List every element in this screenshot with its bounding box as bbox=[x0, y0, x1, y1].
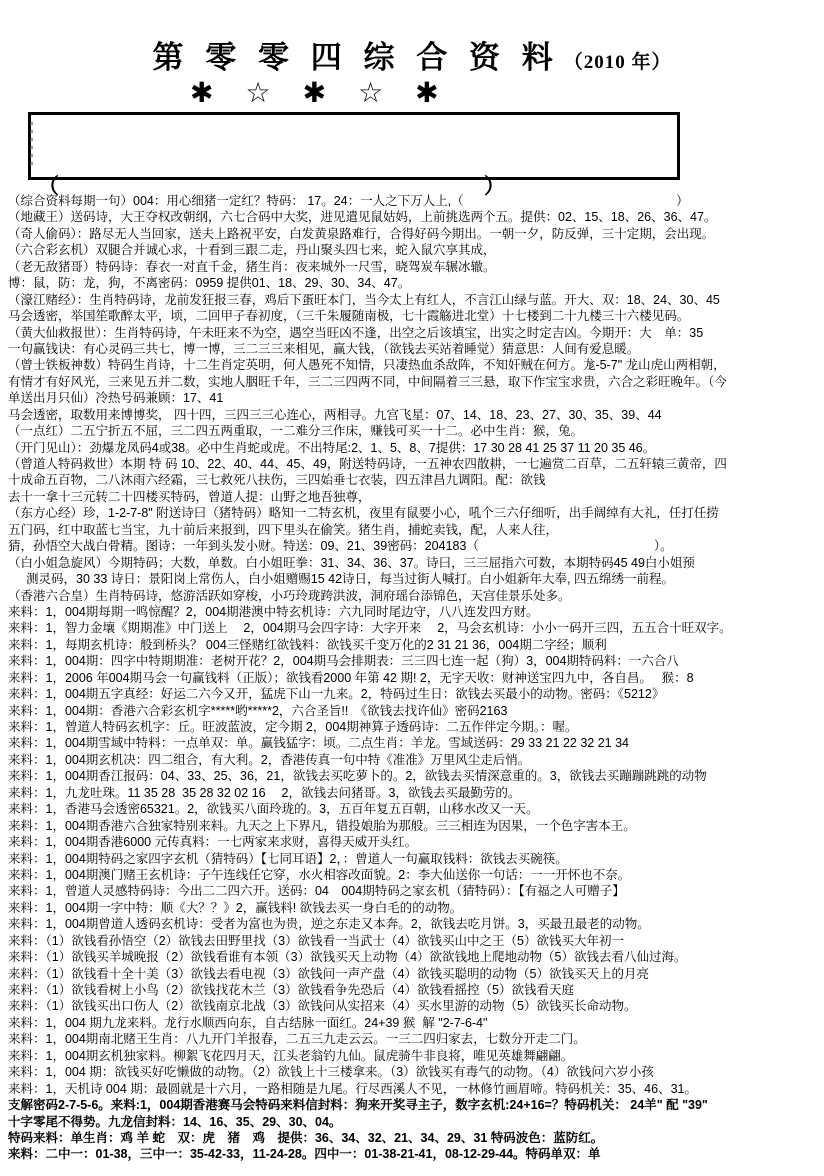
text-line: （曾道人特码救世）本期 特 码 10、22、40、44、45、49，附送特码诗，… bbox=[8, 456, 822, 472]
text-line: 五门码，红中取蓝七当宝，九十前后来报到，四下里头在偷笑。猪生肖，捕蛇卖钱，配，人… bbox=[8, 522, 822, 538]
text-line: 支解密码2-7-5-6。来料:1，004期香港赛马会特码来料信封料：狗来开奖寻主… bbox=[8, 1097, 822, 1113]
page: 第 零 零 四 综 合 资 料 （2010 年） ✱☆✱☆✱ （ ） （综合资料… bbox=[0, 0, 824, 1176]
box-scan-artifact bbox=[30, 122, 33, 166]
text-line: 来料：1，曾道人灵感特码诗：今出二二四六开。送码：04 004期特码之家玄机（猜… bbox=[8, 883, 822, 899]
text-line: （六合彩玄机）双腿合并诚心求，十看到三跟二走，丹山聚头四七来，蛇入鼠穴享其成， bbox=[8, 242, 822, 258]
text-line: 来料：1，004 期：欲钱买好吃懒做的动物。（2）欲钱上十三楼拿来。（3）欲钱买… bbox=[8, 1064, 822, 1080]
text-line: 来料：（1）欲钱看孙悟空（2）欲钱去田野里找（3）欲钱看一当武士（4）欲钱买山中… bbox=[8, 933, 822, 949]
text-line: 一句赢钱诀：有心灵码三共七，博一博，三二三三来相见，赢大钱，（欲钱去买站着睡觉）… bbox=[8, 341, 822, 357]
text-line: （东方心经）珍，1-2-7-8" 附送诗曰（猪特码）略知一二特玄机，夜里有鼠要小… bbox=[8, 505, 822, 521]
text-line: （一点红）二五宁折五不屈，三二四五两重取，一二难分三作床，赚钱可买一十二。必中生… bbox=[8, 423, 822, 439]
text-line: 单送出月只仙）冷热号码兼顾：17、41 bbox=[8, 390, 822, 406]
blank-box bbox=[28, 112, 680, 180]
text-line: 特码来料：单生肖：鸡 羊 蛇 双：虎 猪 鸡 提供：36、34、32、21、34… bbox=[8, 1130, 822, 1146]
text-line: 来料：（1）欲钱买羊城晚报（2）欲钱看谁有本领（3）欲钱买天上动物（4）欲欲钱地… bbox=[8, 949, 822, 965]
text-line: 来料：1，004期：四字中特期期准：老树开花？2，004期马会排期表：三三四七连… bbox=[8, 653, 822, 669]
text-line: 十成命五百物，二八沐雨六经霜，三七救死八扶伤，三四始垂七衣装，四五津昌九调阳。配… bbox=[8, 472, 822, 488]
text-line: （白小姐急旋风）今期特码；大数，单数。白小姐旺拳：31、34、36、37。诗曰，… bbox=[8, 555, 822, 571]
text-line: （老无敌猪哥）特码诗：春衣一对直千金，猪生肖：夜来城外一尺雪，晓驾炭车辗冰辙。 bbox=[8, 259, 822, 275]
content-lines: （综合资料每期一句）004：用心细猪一定红？特码： 17。24：一人之下万人上,… bbox=[8, 193, 822, 1163]
text-line: 来料：1，香港马会透密65321。2，欲钱买八面玲珑的。3，五百年复五百朝，山移… bbox=[8, 801, 822, 817]
text-line: 来料：1，004期：香港六合彩玄机字*****哟*****2，六合圣旨!! 《欲… bbox=[8, 703, 822, 719]
text-line: 来料：1，智力金壤《期期准》中门送上 2，004期马会四字诗：大字开来 2，马会… bbox=[8, 620, 822, 636]
text-line: 来料：1，004 期九龙来料。龙行水顺西向东，自古结脉一面红。24+39 猴 解… bbox=[8, 1015, 822, 1031]
text-line: 十字零尾不得势。九龙信封料：14、16、35、29、30、04。 bbox=[8, 1114, 822, 1130]
text-line: 来料：二中一：01-38，三中一：35-42-33，11-24-28。四中一：0… bbox=[8, 1146, 822, 1162]
text-line: 来料：1，004期曾道人透码玄机诗：受者为富也为贵，逆之东走又本奔。2，欲钱去吃… bbox=[8, 916, 822, 932]
text-line: 来料：（1）欲钱看十全十美（3）欲钱去看电视（3）欲钱问一声产盘（4）欲钱买聪明… bbox=[8, 966, 822, 982]
text-line: 来料：1，004期玄机决：四二组合，有大利。2，香港传真一句中特《准准》万里风尘… bbox=[8, 752, 822, 768]
text-line: 测灵码，30 33 诗日：景阳岗上常伤人，白小姐赠赐15 42诗日，每当过街人喊… bbox=[8, 571, 822, 587]
text-line: 来料：1，004期南北赌王生肖：八九开门羊报春，二五三九走云云。一三二四归家去，… bbox=[8, 1031, 822, 1047]
text-line: 博：鼠，防：龙，狗，不离密码：0959 提供01、18、29、30、34、47。 bbox=[8, 275, 822, 291]
text-line: 来料：1，每期玄机诗：般到桥头？ 004三怪赌红欲钱料：欲钱买千变万化的2 31… bbox=[8, 637, 822, 653]
text-line: （黄大仙救报世）：生肖特码诗，午未旺来不为空，遇空当旺凶不逢，出空之后该填宝，出… bbox=[8, 325, 822, 341]
text-line: 来料：1，九龙吐珠。11 35 28 35 28 32 02 16 2，欲钱去问… bbox=[8, 785, 822, 801]
text-line: 来料：1，004期香江报码：04、33、25、36，21，欲钱去买吃萝卜的。2，… bbox=[8, 768, 822, 784]
text-line: （濠江赌经）：生肖特码诗，龙前发狂报三春，鸡后下蛋旺本门，当今太上有红人，不言江… bbox=[8, 292, 822, 308]
text-line: （曾士铁板神数）特码生肖诗，十二生肖定英明，何人愚死不知情，只凄热血杀敌阵，不知… bbox=[8, 357, 822, 373]
text-line: 去十一拿十三元转二十四楼买特码，曾道人提：山野之地吾独尊， bbox=[8, 489, 822, 505]
star-icon: ☆ bbox=[358, 78, 383, 109]
text-line: 来料：1，004期玄机独家料。柳絮飞花四月天，江头老翁钓九仙。鼠虎骑牛非良将，唯… bbox=[8, 1048, 822, 1064]
star-icon: ✱ bbox=[303, 78, 326, 109]
text-line: 来料：（1）欲钱看树上小鸟（2）欲钱找花木兰（3）欲钱看争先恐后（4）欲钱看摇控… bbox=[8, 982, 822, 998]
text-line: 来料：1，曾道人特码玄机字：丘。旺波蓝波，定今期 2，004期神算子透码诗：二五… bbox=[8, 719, 822, 735]
text-line: 马会透密，举国笙歌醉太平，顷，二回甲子春初度，（三千朱履随南极，七十霞觞进北堂）… bbox=[8, 308, 822, 324]
title-text: 第 零 零 四 综 合 资 料 bbox=[152, 40, 559, 75]
star-icon: ✱ bbox=[190, 78, 213, 109]
text-line: 来料：1，天机诗 004 期：最圆就是十六月，一路相随是九尾。行尽西溪人不见，一… bbox=[8, 1081, 822, 1097]
text-line: 有情才有好风光，三来见五并二数，实地人胭旺千年，三二三四两不同，中间隔着三三悬，… bbox=[8, 374, 822, 390]
text-line: （开门见山）：劲爆龙凤码4或38。必中生肖蛇或虎。不出特尾:2、1、5、8、7提… bbox=[8, 440, 822, 456]
text-line: 猜，孙悟空大战白骨精。图诗：一年到头发小财。特送：09、21、39密码：2041… bbox=[8, 538, 822, 554]
page-title: 第 零 零 四 综 合 资 料 （2010 年） bbox=[0, 32, 824, 77]
text-line: 来料：1，004期一字中特：顺《大？？》2，赢钱料! 欲钱去买一身白毛的的动物。 bbox=[8, 900, 822, 916]
stars-row: ✱☆✱☆✱ bbox=[190, 78, 439, 109]
text-line: 马会透密，取数用来博博奖， 四十四，三四三三心连心，两相寻。九宫飞星：07、14… bbox=[8, 407, 822, 423]
text-line: 来料：（1）欲钱买出口伤人（2）欲钱南京北战（3）欲钱问从实招来（4）买水里游的… bbox=[8, 998, 822, 1014]
text-line: 来料：1，004期澳门赌王玄机诗：子午连线任它穿，水火相容改面貌。2：李大仙送你… bbox=[8, 867, 822, 883]
text-line: 来料：1，004期特码之家四字玄机（猜特码）【七同耳语】2，：曾道人一句赢取钱料… bbox=[8, 851, 822, 867]
text-line: （奇人偷码）：路尽无人当回家，送夫上路祝平安，白发黄泉路难行，合得好码今期出。一… bbox=[8, 226, 822, 242]
text-line: 来料：1，004期五字真经：好运二六今又开，猛虎下山一九来。2，特码过生日：欲钱… bbox=[8, 686, 822, 702]
text-line: （地藏王）送码诗，大王夺权改朝纲，六七合码中大奖，进见遣见鼠姑妈，上前挑选两个五… bbox=[8, 209, 822, 225]
text-line: 来料：1，004期每期一鸣惊醒？2，004期港澳中特玄机诗：六九同时尾边守，八八… bbox=[8, 604, 822, 620]
text-line: 来料：1，004期雪域中特料：一点单双：单。赢钱猛字：顷。二点生肖：羊龙。雪域送… bbox=[8, 735, 822, 751]
text-line: 来料：1，004期香港6000 元传真料：一七两家来求财，喜得天威开头红。 bbox=[8, 834, 822, 850]
text-line: （香港六合皇）生肖特码诗，悠游活跃如穿梭，小巧玲珑跨洪波，洞府瑶台添锦色，天宫佳… bbox=[8, 588, 822, 604]
text-line: （综合资料每期一句）004：用心细猪一定红？特码： 17。24：一人之下万人上,… bbox=[8, 193, 822, 209]
text-line: 来料：1，2006 年004期马会一句赢钱料（正版）；欲钱看2000 年第 42… bbox=[8, 670, 822, 686]
star-icon: ☆ bbox=[245, 78, 270, 109]
text-line: 来料：1，004期香港六合独家特别来料。九天之上下界凡，错投娘胎为那般。三三相连… bbox=[8, 818, 822, 834]
title-year: （2010 年） bbox=[564, 52, 672, 73]
star-icon: ✱ bbox=[415, 78, 438, 109]
